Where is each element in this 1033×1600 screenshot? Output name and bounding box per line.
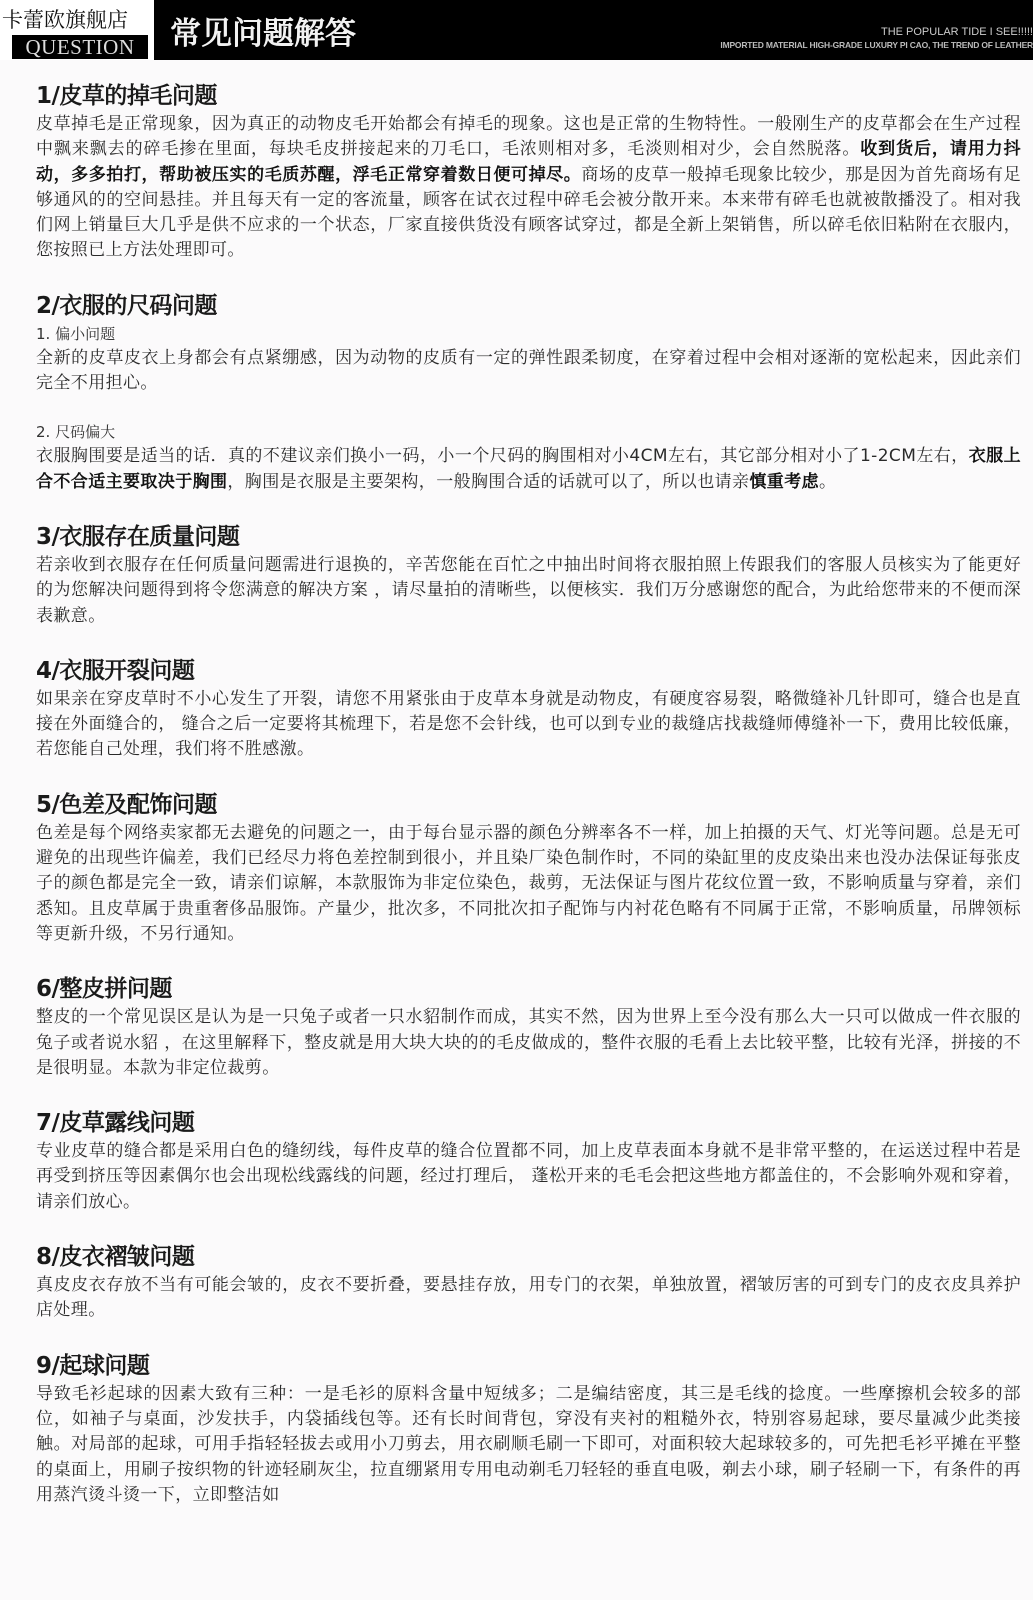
section-text: 导致毛衫起球的因素大致有三种：一是毛衫的原料含量中短绒多；二是编结密度，其三是毛… xyxy=(36,1382,1021,1508)
section-title: 6/整皮拼问题 xyxy=(36,973,1021,1005)
section-text: 皮草掉毛是正常现象，因为真正的动物皮毛开始都会有掉毛的现象。这也是正常的生物特性… xyxy=(36,112,1021,264)
faq-section-9: 9/起球问题 导致毛衫起球的因素大致有三种：一是毛衫的原料含量中短绒多；二是编结… xyxy=(36,1350,1021,1508)
section-text: 全新的皮草皮衣上身都会有点紧绷感，因为动物的皮质有一定的弹性跟柔韧度，在穿着过程… xyxy=(36,346,1021,397)
spacer xyxy=(36,264,1021,290)
header-subtagline: IMPORTED MATERIAL HIGH-GRADE LUXURY PI C… xyxy=(720,40,1033,50)
faq-section-6: 6/整皮拼问题 整皮的一个常见误区是认为是一只兔子或者一只水貂制作而成，其实不然… xyxy=(36,973,1021,1081)
faq-content: 1/皮草的掉毛问题 皮草掉毛是正常现象，因为真正的动物皮毛开始都会有掉毛的现象。… xyxy=(36,80,1021,1508)
section-title: 9/起球问题 xyxy=(36,1350,1021,1382)
text-run: 。 xyxy=(819,472,836,492)
section-text: 专业皮草的缝合都是采用白色的缝纫线，每件皮草的缝合位置都不同，加上皮草表面本身就… xyxy=(36,1139,1021,1215)
faq-section-3: 3/衣服存在质量问题 若亲收到衣服存在任何质量问题需进行退换的，辛苦您能在百忙之… xyxy=(36,521,1021,629)
section-text: 衣服胸围要是适当的话．真的不建议亲们换小一码，小一个尺码的胸围相对小4CM左右，… xyxy=(36,444,1021,495)
brand-name: 卡蕾欧旗舰店 xyxy=(2,4,128,34)
section-title: 7/皮草露线问题 xyxy=(36,1107,1021,1139)
emphasis-text: 慎重考虑 xyxy=(749,472,819,492)
section-title: 2/衣服的尺码问题 xyxy=(36,290,1021,322)
faq-section-8: 8/皮衣褶皱问题 真皮皮衣存放不当有可能会皱的，皮衣不要折叠，要悬挂存放，用专门… xyxy=(36,1241,1021,1324)
faq-section-2: 2/衣服的尺码问题 1. 偏小问题 全新的皮草皮衣上身都会有点紧绷感，因为动物的… xyxy=(36,290,1021,495)
brand-box: 卡蕾欧旗舰店 QUESTION xyxy=(0,0,154,60)
header-tagline: THE POPULAR TIDE I SEE!!!!! xyxy=(881,26,1033,38)
spacer xyxy=(36,763,1021,789)
spacer xyxy=(36,495,1021,521)
spacer xyxy=(36,1215,1021,1241)
section-title: 1/皮草的掉毛问题 xyxy=(36,80,1021,112)
spacer xyxy=(36,1324,1021,1350)
subsection-label: 1. 偏小问题 xyxy=(36,322,1021,346)
text-run: 衣服胸围要是适当的话．真的不建议亲们换小一码，小一个尺码的胸围相对小4CM左右，… xyxy=(36,446,969,466)
section-text: 真皮皮衣存放不当有可能会皱的，皮衣不要折叠，要悬挂存放，用专门的衣架，单独放置，… xyxy=(36,1273,1021,1324)
section-text: 色差是每个网络卖家都无去避免的问题之一，由于每台显示器的颜色分辨率各不一样，加上… xyxy=(36,821,1021,947)
section-title: 8/皮衣褶皱问题 xyxy=(36,1241,1021,1273)
faq-section-7: 7/皮草露线问题 专业皮草的缝合都是采用白色的缝纫线，每件皮草的缝合位置都不同，… xyxy=(36,1107,1021,1215)
spacer xyxy=(36,1081,1021,1107)
section-title: 4/衣服开裂问题 xyxy=(36,655,1021,687)
section-text: 若亲收到衣服存在任何质量问题需进行退换的，辛苦您能在百忙之中抽出时间将衣服拍照上… xyxy=(36,553,1021,629)
section-text: 整皮的一个常见误区是认为是一只兔子或者一只水貂制作而成，其实不然，因为世界上至今… xyxy=(36,1005,1021,1081)
section-text: 如果亲在穿皮草时不小心发生了开裂，请您不用紧张由于皮草本身就是动物皮，有硬度容易… xyxy=(36,687,1021,763)
brand-sub-label: QUESTION xyxy=(12,35,148,59)
faq-section-1: 1/皮草的掉毛问题 皮草掉毛是正常现象，因为真正的动物皮毛开始都会有掉毛的现象。… xyxy=(36,80,1021,264)
spacer xyxy=(36,396,1021,420)
page-title: 常见问题解答 xyxy=(170,8,356,53)
subsection-label: 2. 尺码偏大 xyxy=(36,420,1021,444)
faq-section-4: 4/衣服开裂问题 如果亲在穿皮草时不小心发生了开裂，请您不用紧张由于皮草本身就是… xyxy=(36,655,1021,763)
section-title: 5/色差及配饰问题 xyxy=(36,789,1021,821)
spacer xyxy=(36,947,1021,973)
faq-section-5: 5/色差及配饰问题 色差是每个网络卖家都无去避免的问题之一，由于每台显示器的颜色… xyxy=(36,789,1021,947)
text-run: ，胸围是衣服是主要架构，一般胸围合适的话就可以了，所以也请亲 xyxy=(227,472,749,492)
section-title: 3/衣服存在质量问题 xyxy=(36,521,1021,553)
spacer xyxy=(36,629,1021,655)
page-header: 卡蕾欧旗舰店 QUESTION 常见问题解答 THE POPULAR TIDE … xyxy=(0,0,1033,60)
